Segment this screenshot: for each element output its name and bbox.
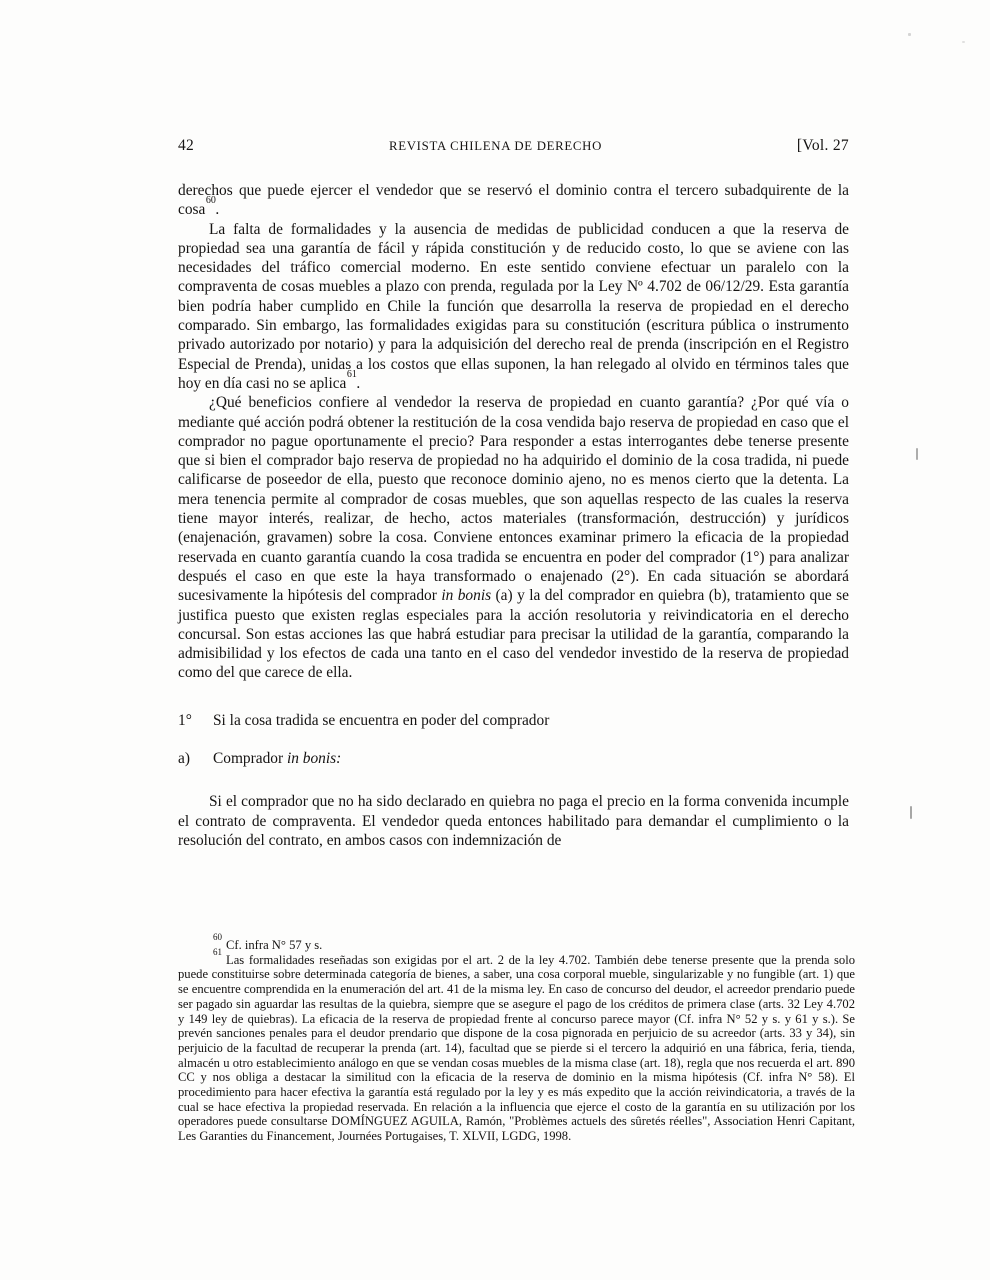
latin-phrase-italic: in bonis [441,587,491,604]
paragraph-text: ¿Qué beneficios confiere al vendedor la … [178,394,849,604]
subsection-title: Comprador in bonis: [213,749,341,768]
scan-artifact [445,799,447,804]
journal-title: REVISTA CHILENA DE DERECHO [389,139,602,154]
body-paragraph-2: La falta de formalidades y la ausencia d… [178,220,849,394]
paragraph-text: derechos que puede ejercer el vendedor q… [178,182,849,218]
body-paragraph-4: Si el comprador que no ha sido declarado… [178,792,849,850]
article-body: derechos que puede ejercer el vendedor q… [178,181,849,850]
footnote-ref-61: 61 [347,369,357,380]
footnote-number: 61 [213,947,222,957]
scan-artifact [962,41,965,43]
section-title: Si la cosa tradida se encuentra en poder… [213,711,549,730]
footnote-text: Cf. infra N° 57 y s. [226,938,322,952]
footnote-text: Las formalidades reseñadas son exigidas … [178,953,855,1143]
section-number: 1° [178,711,213,730]
running-head: 42 REVISTA CHILENA DE DERECHO [Vol. 27 [178,137,849,155]
journal-page: 42 REVISTA CHILENA DE DERECHO [Vol. 27 d… [0,0,990,1280]
footnote-ref-60: 60 [206,195,216,206]
footnotes-block: 60Cf. infra N° 57 y s. 61Las formalidade… [178,938,855,1144]
paragraph-text: La falta de formalidades y la ausencia d… [178,221,849,392]
section-heading-1: 1° Si la cosa tradida se encuentra en po… [178,711,849,730]
volume-label: [Vol. 27 [797,137,849,155]
page-number: 42 [178,137,194,155]
subsection-label: a) [178,749,213,768]
body-paragraph-1: derechos que puede ejercer el vendedor q… [178,181,849,220]
scan-artifact [910,806,912,819]
footnote-number: 60 [213,932,222,942]
body-paragraph-3: ¿Qué beneficios confiere al vendedor la … [178,393,849,682]
footnote-61: 61Las formalidades reseñadas son exigida… [178,953,855,1144]
scan-artifact [908,33,911,36]
footnote-60: 60Cf. infra N° 57 y s. [178,938,855,953]
subsection-title-text: Comprador [213,750,287,767]
latin-phrase-italic: in bonis: [287,750,341,767]
scan-artifact [916,448,918,460]
subsection-heading-a: a) Comprador in bonis: [178,749,849,768]
